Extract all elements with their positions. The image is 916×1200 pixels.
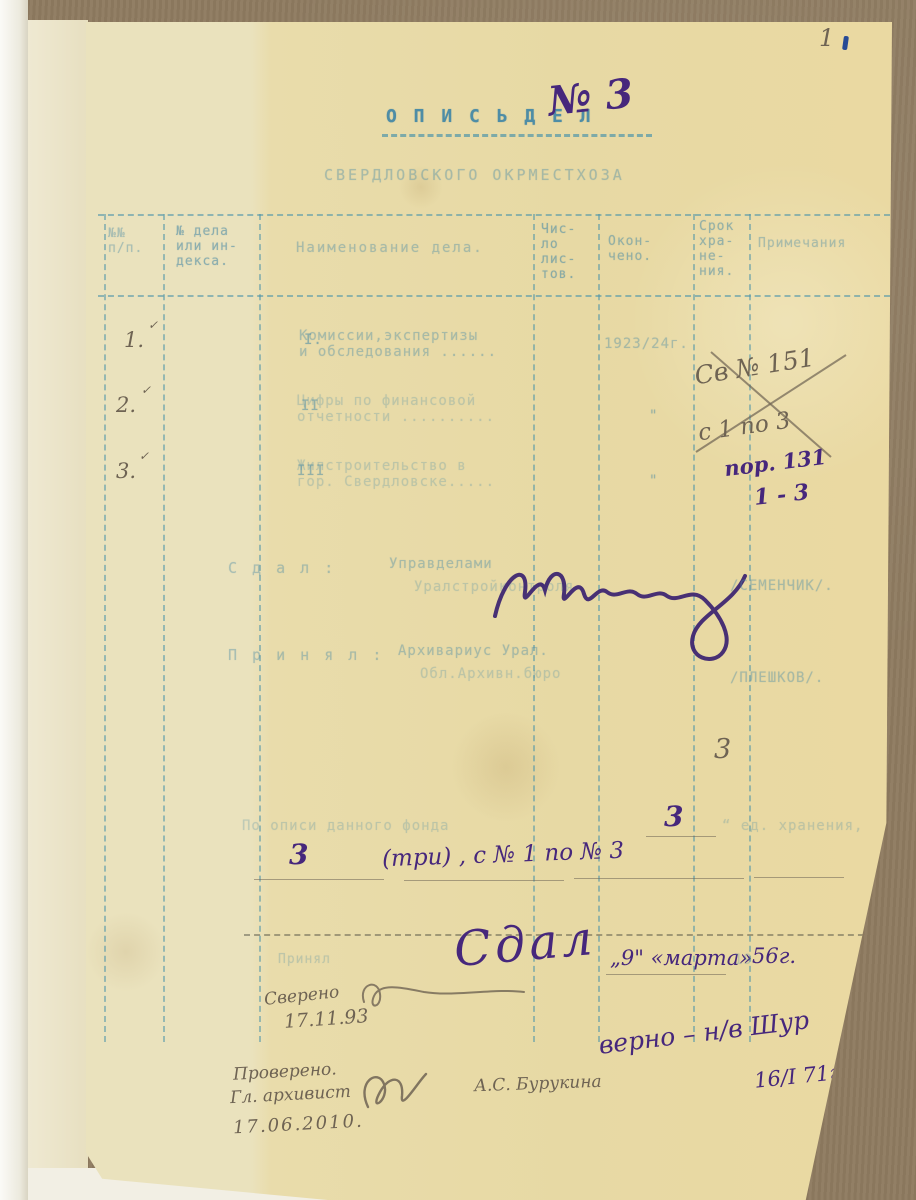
footer-date-hand: „9" «марта» [610,946,752,970]
col-header-term: Срок хра- не- ния. [699,219,734,279]
footer-year-hand: 56г. [752,944,796,968]
col-header-notes: Примечания [758,236,892,251]
summary-hand-words: (три) , с № 1 по № 3 [382,838,625,872]
row-finished-ditto: " [649,408,658,424]
verno-date: 16/I 71г. [753,1059,848,1093]
table-vline-2 [163,214,165,1042]
ink-dot [842,36,849,51]
sdal-label: С д а л : [228,559,336,577]
col-header-sheets: Чис- ло лис- тов. [541,222,576,282]
footer-typed-faint: Принял [278,952,331,967]
summary-hand-count: 3 [289,838,308,871]
table-header-rule [98,295,890,297]
footer-year-faint: 19 [734,952,753,968]
table-top-rule [98,214,890,216]
underline-seg [404,880,564,881]
prinyal-label: П р и н я л : [228,646,384,664]
row-name: Комиссии,экспертизы и обследования .....… [299,328,497,360]
margin-note-ink-2: 1 - 3 [753,479,810,511]
proverено-line2: Гл. архивист [230,1082,352,1108]
title-underline [382,134,652,137]
row-num: 2. [116,393,136,417]
date-underline [606,974,726,975]
table-vline-1 [104,214,106,1042]
row-finished-ditto: " [649,473,658,489]
row-name: Цифры по финансовой отчетности .........… [297,393,495,425]
prinyal-line1: Архивариус Урал. [398,643,549,659]
col-header-finished: Окон- чено. [608,234,652,264]
row-num: 1. [124,328,144,352]
document-page: 1 О П И С Ь Д Е Л № 3 СВЕРДЛОВСКОГО ОКРМ… [86,22,892,1200]
col-header-name: Наименование дела. [296,240,484,256]
check-mark: ✓ [148,318,158,332]
underline-seg [754,877,844,878]
proverено-name: А.С. Бурукина [474,1072,602,1096]
summary-typed-left: По описи данного фонда [242,818,449,834]
pencil-date-1993: 17.11.93 [283,1005,369,1033]
underline-seg [574,878,744,879]
proverено-date: 17.06.2010. [233,1111,365,1139]
col-header-num: №№ п/п. [108,226,143,256]
prinyal-line2: Обл.Архивн.бюро [420,666,561,682]
col-header-index: № дела или ин- декса. [176,224,238,269]
document-subtitle: СВЕРДЛОВСКОГО ОКРМЕСТХОЗА [324,166,625,184]
check-mark: ✓ [141,383,151,397]
title-number-handwritten: № 3 [546,70,636,126]
pencil-signature-1 [344,970,534,1015]
row-name: Жилстроительство в гор. Свердловске..... [297,458,495,490]
pencil-checked-word: Сверено [263,982,340,1010]
table-vline-3 [259,214,261,1042]
sdal-line1: Управделами [389,556,493,572]
pencil-three: 3 [714,734,731,765]
proverено-line1: Проверено. [233,1059,338,1084]
summary-typed-right: “ ед. хранения, [722,818,863,834]
cross-out-strokes [686,347,856,462]
underline-seg [254,879,384,880]
book-edge-white [0,0,28,1200]
sdal-name: /СЕМЕНЧИК/. [730,578,834,594]
book-edge-cream [28,20,88,1200]
check-mark: ✓ [139,449,149,463]
summary-count-hand: 3 [664,800,683,833]
scanned-document: 1 О П И С Ь Д Е Л № 3 СВЕРДЛОВСКОГО ОКРМ… [0,0,916,1200]
row-num: 3. [116,459,136,483]
row-finished: 1923/24г. [604,336,689,352]
prinyal-name: /ПЛЕШКОВ/. [730,670,824,686]
page-number: 1 [819,24,834,52]
summary-blank-line [646,836,716,837]
footer-script-sdal: Сдал [452,910,599,978]
verno-note: верно – н/в Шур [597,1005,811,1060]
